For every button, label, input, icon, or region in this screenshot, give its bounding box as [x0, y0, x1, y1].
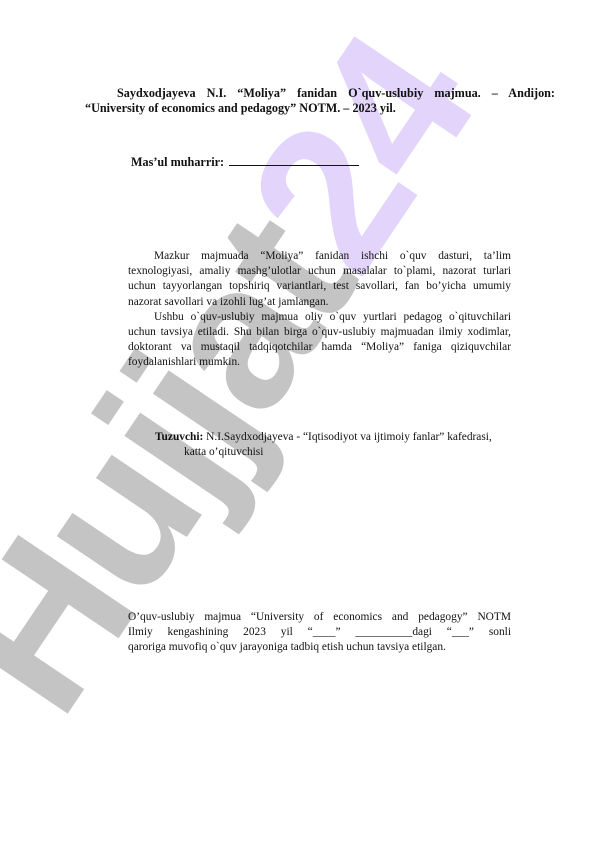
document-page: Hujjat24 Saydxodjayeva N.I. “Moliya” fan… [0, 0, 596, 842]
bibliographic-line-1: Saydxodjayeva N.I. “Moliya” fanidan O`qu… [85, 86, 555, 101]
author-text: N.I.Saydxodjayeva - “Iqtisodiyot va ijti… [203, 431, 491, 443]
abstract-paragraph-1: Mazkur majmuada “Moliya” fanidan ishchi … [128, 249, 511, 310]
abstract-paragraph-2: Ushbu o`quv-uslubiy majmua oliy o`quv yu… [128, 310, 511, 371]
bibliographic-reference: Saydxodjayeva N.I. “Moliya” fanidan O`qu… [85, 86, 555, 116]
author-role: katta o’qituvchisi [155, 445, 511, 460]
editor-blank-line [229, 154, 359, 166]
abstract: Mazkur majmuada “Moliya” fanidan ishchi … [128, 249, 511, 371]
author-label: Tuzuvchi: [155, 431, 203, 443]
approval-line-2: Ilmiy kengashining 2023 yil “____” _____… [128, 625, 511, 640]
document-content: Saydxodjayeva N.I. “Moliya” fanidan O`qu… [0, 0, 596, 842]
approval-statement: O’quv-uslubiy majmua “University of econ… [128, 610, 511, 656]
approval-line-1: O’quv-uslubiy majmua “University of econ… [128, 610, 511, 625]
responsible-editor: Mas’ul muharrir: [131, 154, 359, 170]
bibliographic-line-2: “University of economics and pedagogy” N… [85, 101, 396, 115]
editor-label: Mas’ul muharrir: [131, 155, 224, 169]
author-block: Tuzuvchi: N.I.Saydxodjayeva - “Iqtisodiy… [155, 430, 511, 459]
approval-line-3: qaroriga muvofiq o`quv jarayoniga tadbiq… [128, 640, 511, 655]
